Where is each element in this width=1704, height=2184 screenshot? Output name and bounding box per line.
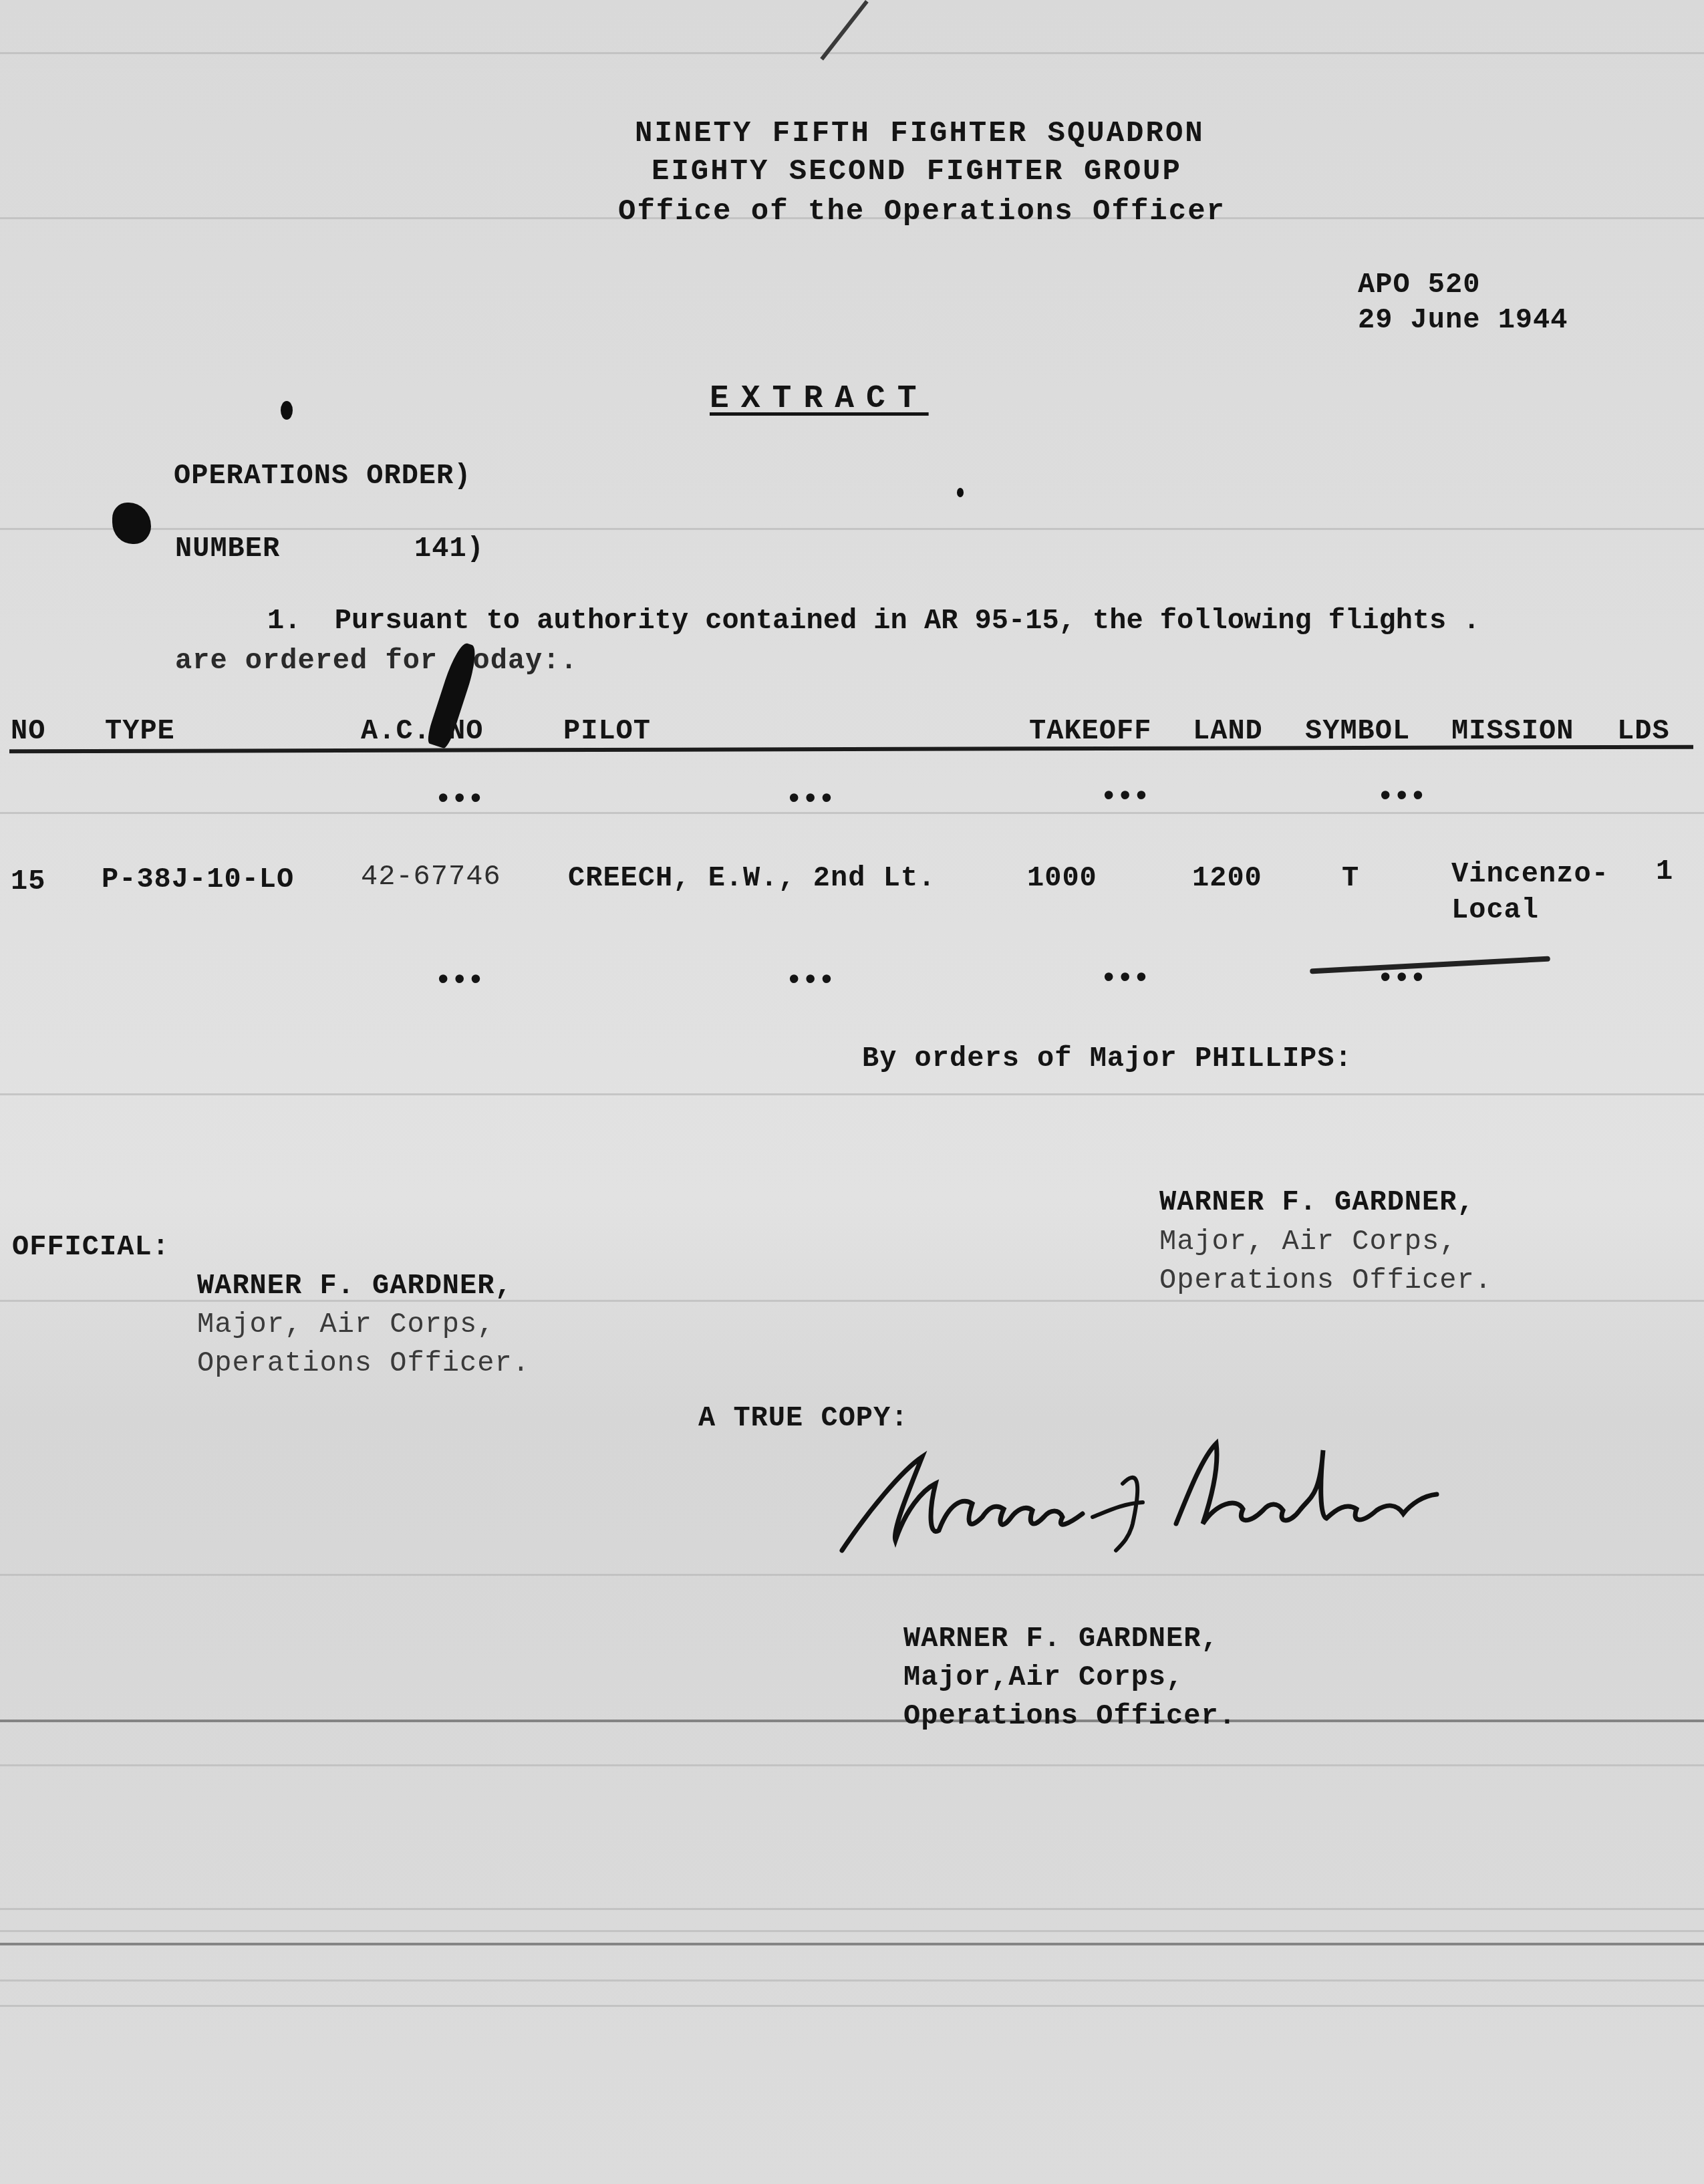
scanned-document-page: NINETY FIFTH FIGHTER SQUADRON EIGHTY SEC…	[0, 0, 1704, 2184]
official-title: Operations Officer.	[197, 1347, 530, 1379]
unit-name-heading: NINETY FIFTH FIGHTER SQUADRON	[635, 117, 1205, 150]
signer-rank: Major, Air Corps,	[1159, 1226, 1457, 1258]
cell-takeoff: 1000	[1027, 862, 1097, 894]
signature-glyph-icon	[829, 1430, 1450, 1564]
omission-ellipsis: •••	[434, 964, 483, 998]
paragraph-line-2: are ordered for today:.	[175, 645, 578, 677]
pen-strike-mark	[1310, 956, 1550, 974]
office-heading: Office of the Operations Officer	[618, 195, 1226, 229]
cell-land: 1200	[1192, 862, 1262, 894]
official-rank: Major, Air Corps,	[197, 1309, 494, 1341]
cell-lds: 1	[1656, 855, 1673, 888]
scan-line	[0, 2005, 1704, 2007]
scan-line	[0, 52, 1704, 54]
true-copy-label: A TRUE COPY:	[698, 1402, 908, 1434]
scan-line	[0, 1093, 1704, 1095]
true-copy-name: WARNER F. GARDNER,	[903, 1623, 1219, 1655]
column-header-takeoff: TAKEOFF	[1029, 715, 1151, 747]
header-underline	[9, 745, 1693, 754]
official-label: OFFICIAL:	[12, 1231, 170, 1263]
cell-mission-line-1: Vincenzo-	[1451, 858, 1609, 890]
scan-line	[0, 1574, 1704, 1576]
ink-blot	[281, 401, 293, 420]
scan-line	[0, 528, 1704, 530]
official-name: WARNER F. GARDNER,	[197, 1270, 513, 1302]
order-number-value: 141)	[414, 533, 484, 565]
document-title: EXTRACT	[710, 381, 929, 417]
column-header-mission: MISSION	[1451, 715, 1574, 747]
ink-blot	[112, 503, 151, 544]
cell-mission-line-2: Local	[1451, 894, 1539, 926]
true-copy-title: Operations Officer.	[903, 1700, 1236, 1732]
by-orders-line: By orders of Major PHILLIPS:	[862, 1043, 1353, 1075]
column-header-symbol: SYMBOL	[1305, 715, 1410, 747]
column-header-land: LAND	[1193, 715, 1263, 747]
scan-line	[0, 1764, 1704, 1766]
scan-line	[0, 1908, 1704, 1910]
column-header-ac-no: A.C. NO	[361, 715, 483, 747]
column-header-lds: LDS	[1617, 715, 1670, 747]
omission-ellipsis: •••	[785, 964, 834, 998]
cell-symbol: T	[1342, 862, 1359, 894]
omission-ellipsis: •••	[434, 783, 483, 817]
column-header-pilot: PILOT	[563, 715, 651, 747]
omission-ellipsis: •••	[1377, 781, 1425, 814]
column-header-type: TYPE	[105, 715, 175, 747]
group-name-heading: EIGHTY SECOND FIGHTER GROUP	[652, 155, 1182, 188]
paragraph-line-1: 1. Pursuant to authority contained in AR…	[267, 605, 1480, 637]
operations-order-label: OPERATIONS ORDER)	[174, 460, 471, 492]
pen-stroke-mark	[820, 0, 868, 60]
apo-number: APO 520	[1358, 269, 1480, 301]
scan-line	[0, 1930, 1704, 1932]
omission-ellipsis: •••	[1100, 781, 1149, 814]
true-copy-rank: Major,Air Corps,	[903, 1661, 1183, 1693]
cell-ac-no: 42-67746	[361, 861, 501, 893]
scan-line	[0, 812, 1704, 814]
scan-line	[0, 1720, 1704, 1722]
signer-title: Operations Officer.	[1159, 1264, 1492, 1296]
column-header-no: NO	[11, 715, 45, 747]
omission-ellipsis: •••	[785, 783, 834, 817]
ink-speck	[957, 488, 964, 497]
signer-name: WARNER F. GARDNER,	[1159, 1186, 1475, 1218]
document-date: 29 June 1944	[1358, 304, 1568, 336]
omission-ellipsis: •••	[1100, 962, 1149, 996]
cell-type: P-38J-10-LO	[102, 863, 294, 896]
scan-line	[0, 1943, 1704, 1945]
handwritten-signature	[829, 1430, 1450, 1564]
cell-pilot: CREECH, E.W., 2nd Lt.	[568, 862, 936, 894]
scan-line	[0, 1980, 1704, 1982]
order-number-label: NUMBER	[175, 533, 280, 565]
cell-no: 15	[11, 865, 45, 898]
